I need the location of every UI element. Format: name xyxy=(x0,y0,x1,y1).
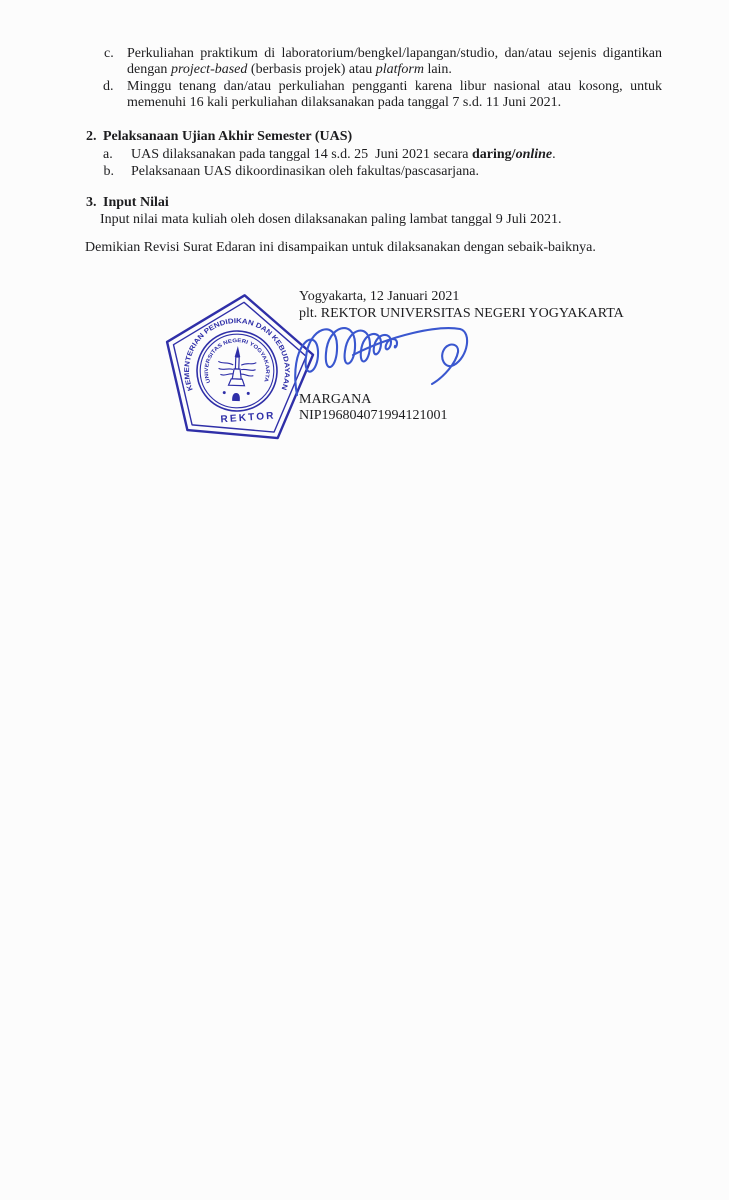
section-3-heading: Input Nilai xyxy=(103,195,169,211)
text-segment: Perkuliahan praktikum di laboratorium/be… xyxy=(127,46,662,61)
section-3-body: Input nilai mata kuliah oleh dosen dilak… xyxy=(100,212,562,228)
list-item-c-line-1: Perkuliahan praktikum di laboratorium/be… xyxy=(127,46,662,62)
text-segment: online xyxy=(516,147,553,162)
list-marker-d: d. xyxy=(103,79,114,95)
stamp-role-text: REKTOR xyxy=(220,411,276,426)
text-segment: platform xyxy=(376,62,424,77)
stamp-outer-pentagon xyxy=(164,293,315,440)
stamp-university-text: UNIVERSITAS NEGERI YOGYAKARTA xyxy=(204,337,272,386)
list-item-d-line-1: Minggu tenang dan/atau perkuliahan pengg… xyxy=(127,79,662,95)
letter-page: c. Perkuliahan praktikum di laboratorium… xyxy=(0,0,729,1200)
rector-stamp-icon: KEMENTERIAN PENDIDIKAN DAN KEBUDAYAAN UN… xyxy=(164,293,315,440)
signature-signer-nip: NIP196804071994121001 xyxy=(299,408,448,424)
section-2-heading: Pelaksanaan Ujian Akhir Semester (UAS) xyxy=(103,129,352,145)
list-marker-a: a. xyxy=(103,147,113,163)
text-segment: lain. xyxy=(424,62,452,77)
list-item-a: UAS dilaksanakan pada tanggal 14 s.d. 25… xyxy=(131,147,556,163)
stamp-hand-icon xyxy=(232,393,240,401)
text-segment: daring/ xyxy=(472,147,516,162)
list-item-c-line-2: dengan project-based (berbasis projek) a… xyxy=(127,62,452,78)
text-segment: project-based xyxy=(171,62,247,77)
stamp-outer-circle xyxy=(196,330,279,413)
text-segment: dengan xyxy=(127,62,171,77)
stamp-ministry-text: KEMENTERIAN PENDIDIKAN DAN KEBUDAYAAN xyxy=(183,316,292,395)
text-segment: (berbasis projek) atau xyxy=(247,62,375,77)
signature-icon xyxy=(295,328,467,395)
stamp-inner-circle xyxy=(199,333,275,409)
text-segment: memenuhi 16 kali perkuliahan dilaksanaka… xyxy=(127,95,561,110)
text-segment: Pelaksanaan UAS dikoordinasikan oleh fak… xyxy=(131,164,479,179)
text-segment: UAS dilaksanakan pada tanggal 14 s.d. 25… xyxy=(131,147,472,162)
list-item-b: Pelaksanaan UAS dikoordinasikan oleh fak… xyxy=(131,164,479,180)
stamp-inner-pentagon xyxy=(171,300,308,433)
signature-signer-title: plt. REKTOR UNIVERSITAS NEGERI YOGYAKART… xyxy=(299,306,624,322)
section-3-number: 3. xyxy=(86,195,97,211)
tugu-monument-icon xyxy=(218,345,257,386)
list-marker-b: b. xyxy=(104,164,115,180)
signature-place-date: Yogyakarta, 12 Januari 2021 xyxy=(299,289,459,305)
text-segment: . xyxy=(552,147,556,162)
section-2-number: 2. xyxy=(86,129,97,145)
stamp-dot-right xyxy=(247,392,250,395)
list-marker-c: c. xyxy=(104,46,114,62)
text-segment: Minggu tenang dan/atau perkuliahan pengg… xyxy=(127,79,662,94)
stamp-dot-left xyxy=(223,391,226,394)
list-item-d-line-2: memenuhi 16 kali perkuliahan dilaksanaka… xyxy=(127,95,561,111)
closing-paragraph: Demikian Revisi Surat Edaran ini disampa… xyxy=(85,240,596,256)
signature-signer-name: MARGANA xyxy=(299,392,371,408)
